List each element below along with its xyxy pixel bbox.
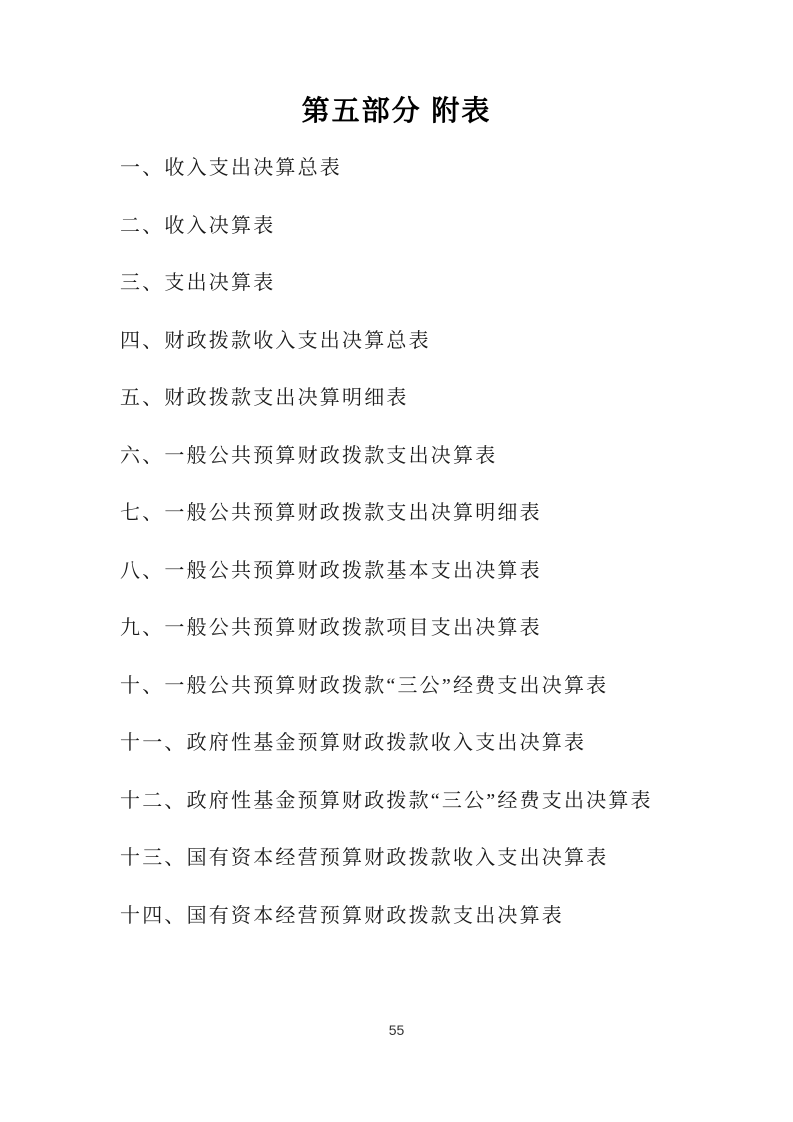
list-item: 六、一般公共预算财政拨款支出决算表: [120, 428, 713, 486]
page-number: 55: [0, 1022, 793, 1038]
appendix-table-list: 一、收入支出决算总表 二、收入决算表 三、支出决算表 四、财政拨款收入支出决算总…: [120, 140, 713, 945]
list-item: 一、收入支出决算总表: [120, 140, 713, 198]
list-item: 十、一般公共预算财政拨款“三公”经费支出决算表: [120, 658, 713, 716]
list-item: 十一、政府性基金预算财政拨款收入支出决算表: [120, 715, 713, 773]
page-title: 第五部分 附表: [0, 0, 793, 130]
list-item: 七、一般公共预算财政拨款支出决算明细表: [120, 485, 713, 543]
list-item: 九、一般公共预算财政拨款项目支出决算表: [120, 600, 713, 658]
list-item: 三、支出决算表: [120, 255, 713, 313]
list-item: 十三、国有资本经营预算财政拨款收入支出决算表: [120, 830, 713, 888]
list-item: 十四、国有资本经营预算财政拨款支出决算表: [120, 888, 713, 946]
document-page: 第五部分 附表 一、收入支出决算总表 二、收入决算表 三、支出决算表 四、财政拨…: [0, 0, 793, 1122]
list-item: 八、一般公共预算财政拨款基本支出决算表: [120, 543, 713, 601]
list-item: 四、财政拨款收入支出决算总表: [120, 313, 713, 371]
list-item: 十二、政府性基金预算财政拨款“三公”经费支出决算表: [120, 773, 713, 831]
list-item: 五、财政拨款支出决算明细表: [120, 370, 713, 428]
list-item: 二、收入决算表: [120, 198, 713, 256]
